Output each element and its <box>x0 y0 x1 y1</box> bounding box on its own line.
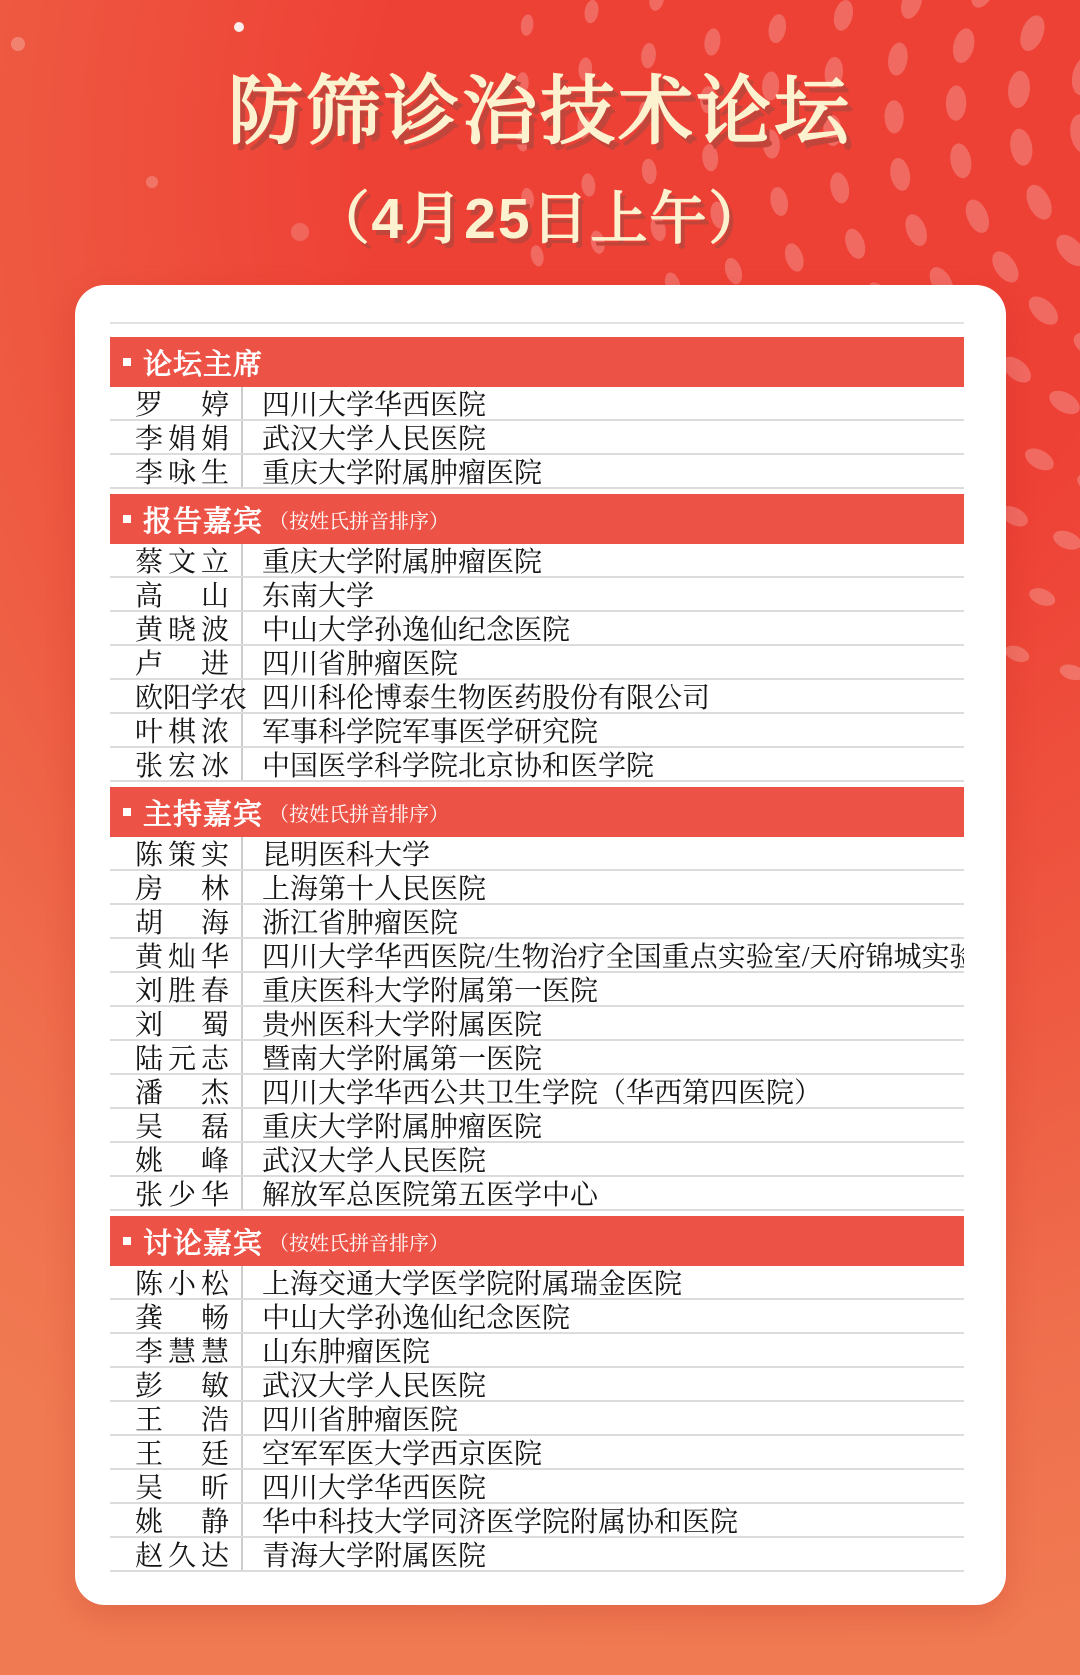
table-row: 潘杰四川大学华西公共卫生学院（华西第四医院） <box>110 1075 964 1109</box>
table-row: 陆元志暨南大学附属第一医院 <box>110 1041 964 1075</box>
table-row: 黄晓波中山大学孙逸仙纪念医院 <box>110 612 964 646</box>
section-header: 主持嘉宾（按姓氏拼音排序） <box>110 787 964 837</box>
forum-poster: 防筛诊治技术论坛 （4月25日上午） 论坛主席罗婷四川大学华西医院李娟娟武汉大学… <box>0 0 1080 1675</box>
name-cell: 姚静 <box>110 1504 243 1536</box>
table-row: 陈策实昆明医科大学 <box>110 837 964 871</box>
name-cell: 欧阳学农 <box>110 680 243 712</box>
name-cell: 龚畅 <box>110 1300 243 1332</box>
name-cell: 姚峰 <box>110 1143 243 1175</box>
bullet-icon <box>123 515 131 523</box>
table-row: 卢进四川省肿瘤医院 <box>110 646 964 680</box>
table-row: 吴昕四川大学华西医院 <box>110 1470 964 1504</box>
name-cell: 张宏冰 <box>110 748 243 780</box>
name-cell: 房林 <box>110 871 243 903</box>
table-row: 胡海浙江省肿瘤医院 <box>110 905 964 939</box>
section-sort-note: （按姓氏拼音排序） <box>269 798 449 827</box>
affiliation-cell: 青海大学附属医院 <box>243 1534 486 1574</box>
table-row: 赵久达青海大学附属医院 <box>110 1538 964 1572</box>
table-row: 刘胜春重庆医科大学附属第一医院 <box>110 973 964 1007</box>
bullet-icon <box>123 808 131 816</box>
name-cell: 刘蜀 <box>110 1007 243 1039</box>
table-row: 李慧慧山东肿瘤医院 <box>110 1334 964 1368</box>
name-cell: 吴昕 <box>110 1470 243 1502</box>
name-cell: 张少华 <box>110 1177 243 1209</box>
name-cell: 高山 <box>110 578 243 610</box>
name-cell: 蔡文立 <box>110 544 243 576</box>
bullet-icon <box>123 358 131 366</box>
section-header: 报告嘉宾（按姓氏拼音排序） <box>110 494 964 544</box>
table-row: 罗婷四川大学华西医院 <box>110 387 964 421</box>
name-cell: 李咏生 <box>110 455 243 487</box>
table-row: 李娟娟武汉大学人民医院 <box>110 421 964 455</box>
name-cell: 陈小松 <box>110 1266 243 1298</box>
name-cell: 黄晓波 <box>110 612 243 644</box>
section-title: 主持嘉宾 <box>143 792 263 833</box>
section-title: 讨论嘉宾 <box>143 1221 263 1262</box>
table-row: 姚静华中科技大学同济医学院附属协和医院 <box>110 1504 964 1538</box>
table-row: 吴磊重庆大学附属肿瘤医院 <box>110 1109 964 1143</box>
name-cell: 赵久达 <box>110 1538 243 1570</box>
name-cell: 潘杰 <box>110 1075 243 1107</box>
table-row: 龚畅中山大学孙逸仙纪念医院 <box>110 1300 964 1334</box>
table-row: 王浩四川省肿瘤医院 <box>110 1402 964 1436</box>
affiliation-cell: 解放军总医院第五医学中心 <box>243 1173 598 1213</box>
bullet-icon <box>123 1237 131 1245</box>
table-row: 黄灿华四川大学华西医院/生物治疗全国重点实验室/天府锦城实验室 <box>110 939 964 973</box>
name-cell: 罗婷 <box>110 387 243 419</box>
name-cell: 陆元志 <box>110 1041 243 1073</box>
affiliation-cell: 重庆大学附属肿瘤医院 <box>243 451 542 491</box>
name-cell: 叶棋浓 <box>110 714 243 746</box>
name-cell: 李慧慧 <box>110 1334 243 1366</box>
name-cell: 王廷 <box>110 1436 243 1468</box>
guest-table: 论坛主席罗婷四川大学华西医院李娟娟武汉大学人民医院李咏生重庆大学附属肿瘤医院报告… <box>110 322 964 1572</box>
table-row: 欧阳学农四川科伦博泰生物医药股份有限公司 <box>110 680 964 714</box>
table-row: 张宏冰中国医学科学院北京协和医学院 <box>110 748 964 782</box>
name-cell: 胡海 <box>110 905 243 937</box>
table-row: 陈小松上海交通大学医学院附属瑞金医院 <box>110 1266 964 1300</box>
name-cell: 卢进 <box>110 646 243 678</box>
table-row: 叶棋浓军事科学院军事医学研究院 <box>110 714 964 748</box>
section-header: 论坛主席 <box>110 337 964 387</box>
poster-header: 防筛诊治技术论坛 （4月25日上午） <box>0 52 1080 255</box>
affiliation-cell: 中国医学科学院北京协和医学院 <box>243 744 654 784</box>
name-cell: 李娟娟 <box>110 421 243 453</box>
guest-name: 赵久达 <box>135 1534 229 1574</box>
guest-name: 李咏生 <box>135 451 229 491</box>
guest-name: 张宏冰 <box>135 744 229 784</box>
guest-name: 张少华 <box>135 1173 229 1213</box>
table-row: 姚峰武汉大学人民医院 <box>110 1143 964 1177</box>
table-row: 刘蜀贵州医科大学附属医院 <box>110 1007 964 1041</box>
section-header: 讨论嘉宾（按姓氏拼音排序） <box>110 1216 964 1266</box>
name-cell: 刘胜春 <box>110 973 243 1005</box>
table-row: 李咏生重庆大学附属肿瘤医院 <box>110 455 964 489</box>
section-title: 报告嘉宾 <box>143 499 263 540</box>
table-row: 张少华解放军总医院第五医学中心 <box>110 1177 964 1211</box>
table-row: 蔡文立重庆大学附属肿瘤医院 <box>110 544 964 578</box>
page-title: 防筛诊治技术论坛 <box>0 52 1080 159</box>
name-cell: 王浩 <box>110 1402 243 1434</box>
section-sort-note: （按姓氏拼音排序） <box>269 1227 449 1256</box>
section-sort-note: （按姓氏拼音排序） <box>269 505 449 534</box>
table-row: 房林上海第十人民医院 <box>110 871 964 905</box>
program-card: 论坛主席罗婷四川大学华西医院李娟娟武汉大学人民医院李咏生重庆大学附属肿瘤医院报告… <box>75 285 1006 1605</box>
name-cell: 吴磊 <box>110 1109 243 1141</box>
name-cell: 陈策实 <box>110 837 243 869</box>
table-row: 彭敏武汉大学人民医院 <box>110 1368 964 1402</box>
section-title: 论坛主席 <box>143 342 263 383</box>
table-row: 高山东南大学 <box>110 578 964 612</box>
page-subtitle: （4月25日上午） <box>0 173 1080 255</box>
name-cell: 黄灿华 <box>110 939 243 971</box>
table-row: 王廷空军军医大学西京医院 <box>110 1436 964 1470</box>
name-cell: 彭敏 <box>110 1368 243 1400</box>
